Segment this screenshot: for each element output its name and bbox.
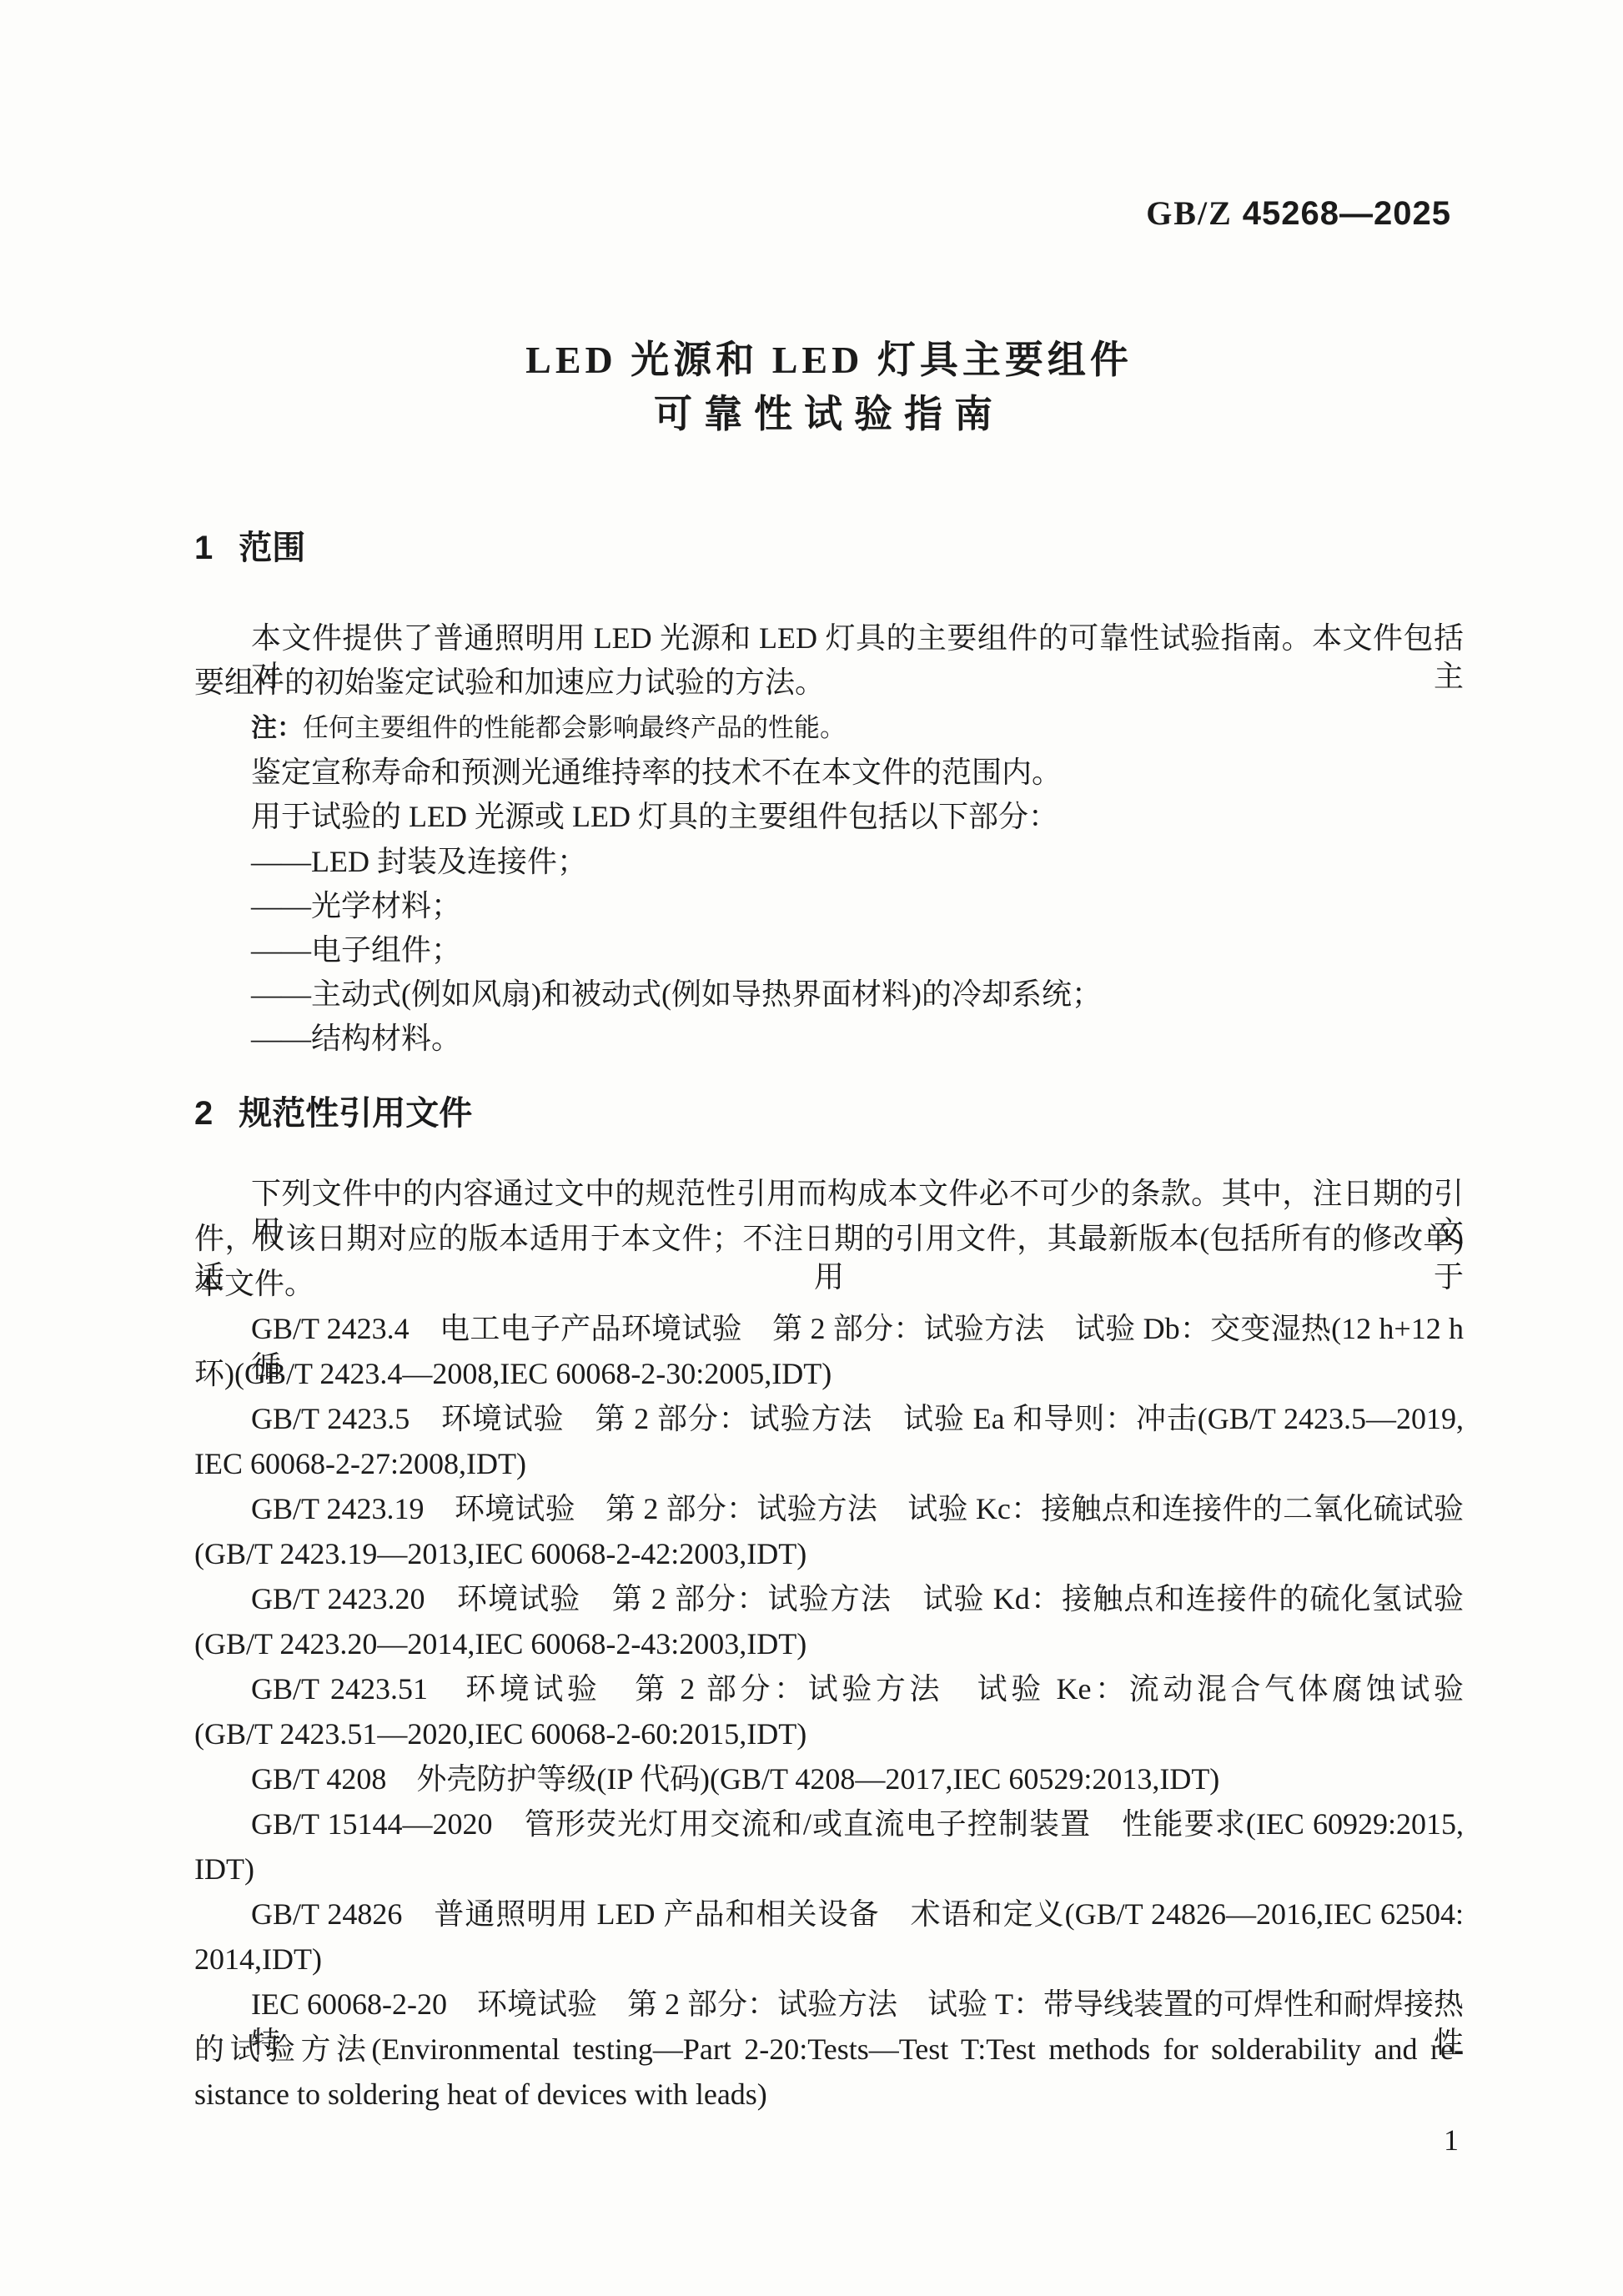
reference-entry-line: IEC 60068-2-20 环境试验 第 2 部分：试验方法 试验 T：带导线… [194,1985,1464,2027]
note-label: 注： [251,713,303,742]
standard-prefix: GB/Z [1146,194,1243,232]
section-2-number: 2 [194,1097,213,1130]
reference-entry-line: GB/T 2423.5 环境试验 第 2 部分：试验方法 试验 Ea 和导则：冲… [194,1399,1464,1441]
section-1-heading: 1范围 [194,531,1464,565]
list-item: ——光学材料； [194,887,1464,928]
scope-paragraph-line: 鉴定宣称寿命和预测光通维持率的技术不在本文件的范围内。 [194,753,1464,795]
list-item: ——LED 封装及连接件； [194,842,1464,884]
page-number: 1 [1444,2125,1459,2155]
standard-number-header: GB/Z 45268—2025 [1146,197,1451,230]
note-text: 任何主要组件的性能都会影响最终产品的性能。 [303,713,846,742]
scope-paragraph-line: 用于试验的 LED 光源或 LED 灯具的主要组件包括以下部分： [194,797,1464,839]
list-item: ——主动式(例如风扇)和被动式(例如导热界面材料)的冷却系统； [194,975,1464,1017]
reference-entry-line: GB/T 2423.4 电工电子产品环境试验 第 2 部分：试验方法 试验 Db… [194,1309,1464,1351]
reference-entry-line: IDT) [194,1850,1464,1892]
list-item: ——结构材料。 [194,1019,1464,1061]
reference-entry-line: GB/T 4208 外壳防护等级(IP 代码)(GB/T 4208—2017,I… [194,1760,1464,1801]
scope-paragraph-line: 本文件提供了普通照明用 LED 光源和 LED 灯具的主要组件的可靠性试验指南。… [194,619,1464,661]
reference-entry-line: GB/T 2423.19 环境试验 第 2 部分：试验方法 试验 Kc：接触点和… [194,1490,1464,1531]
section-2-heading: 2规范性引用文件 [194,1097,1464,1130]
document-title-line2: 可靠性试验指南 [194,394,1464,436]
reference-entry-line: IEC 60068-2-27:2008,IDT) [194,1444,1464,1486]
reference-entry-line: GB/T 24826 普通照明用 LED 产品和相关设备 术语和定义(GB/T … [194,1895,1464,1937]
reference-entry-line: GB/T 2423.51 环境试验 第 2 部分：试验方法 试验 Ke：流动混合… [194,1670,1464,1711]
scope-paragraph-line: 要组件的初始鉴定试验和加速应力试验的方法。 [194,663,1464,705]
list-item: ——电子组件； [194,931,1464,972]
note-line: 注：任何主要组件的性能都会影响最终产品的性能。 [194,711,1464,753]
reference-entry-line: (GB/T 2423.20—2014,IEC 60068-2-43:2003,I… [194,1625,1464,1666]
reference-entry-line: (GB/T 2423.19—2013,IEC 60068-2-42:2003,I… [194,1535,1464,1576]
section-1-title: 范围 [239,530,305,566]
reference-entry-line: 环)(GB/T 2423.4—2008,IEC 60068-2-30:2005,… [194,1354,1464,1396]
document-title-line1: LED 光源和 LED 灯具主要组件 [194,339,1464,382]
references-intro-line: 下列文件中的内容通过文中的规范性引用而构成本文件必不可少的条款。其中，注日期的引… [194,1174,1464,1216]
section-2-title: 规范性引用文件 [239,1095,472,1132]
reference-entry-line: GB/T 15144—2020 管形荧光灯用交流和/或直流电子控制装置 性能要求… [194,1805,1464,1846]
references-intro-line: 本文件。 [194,1264,1464,1306]
standard-document-page: GB/Z 45268—2025 LED 光源和 LED 灯具主要组件 可靠性试验… [0,0,1623,2296]
reference-entry-line: sistance to soldering heat of devices wi… [194,2075,1464,2117]
section-1-number: 1 [194,531,213,565]
reference-entry-line: 的试验方法(Environmental testing—Part 2-20:Te… [194,2030,1464,2072]
references-intro-line: 件，仅该日期对应的版本适用于本文件；不注日期的引用文件，其最新版本(包括所有的修… [194,1219,1464,1261]
reference-entry-line: (GB/T 2423.51—2020,IEC 60068-2-60:2015,I… [194,1715,1464,1756]
reference-entry-line: 2014,IDT) [194,1940,1464,1982]
reference-entry-line: GB/T 2423.20 环境试验 第 2 部分：试验方法 试验 Kd：接触点和… [194,1580,1464,1621]
standard-code: 45268—2025 [1243,195,1451,232]
